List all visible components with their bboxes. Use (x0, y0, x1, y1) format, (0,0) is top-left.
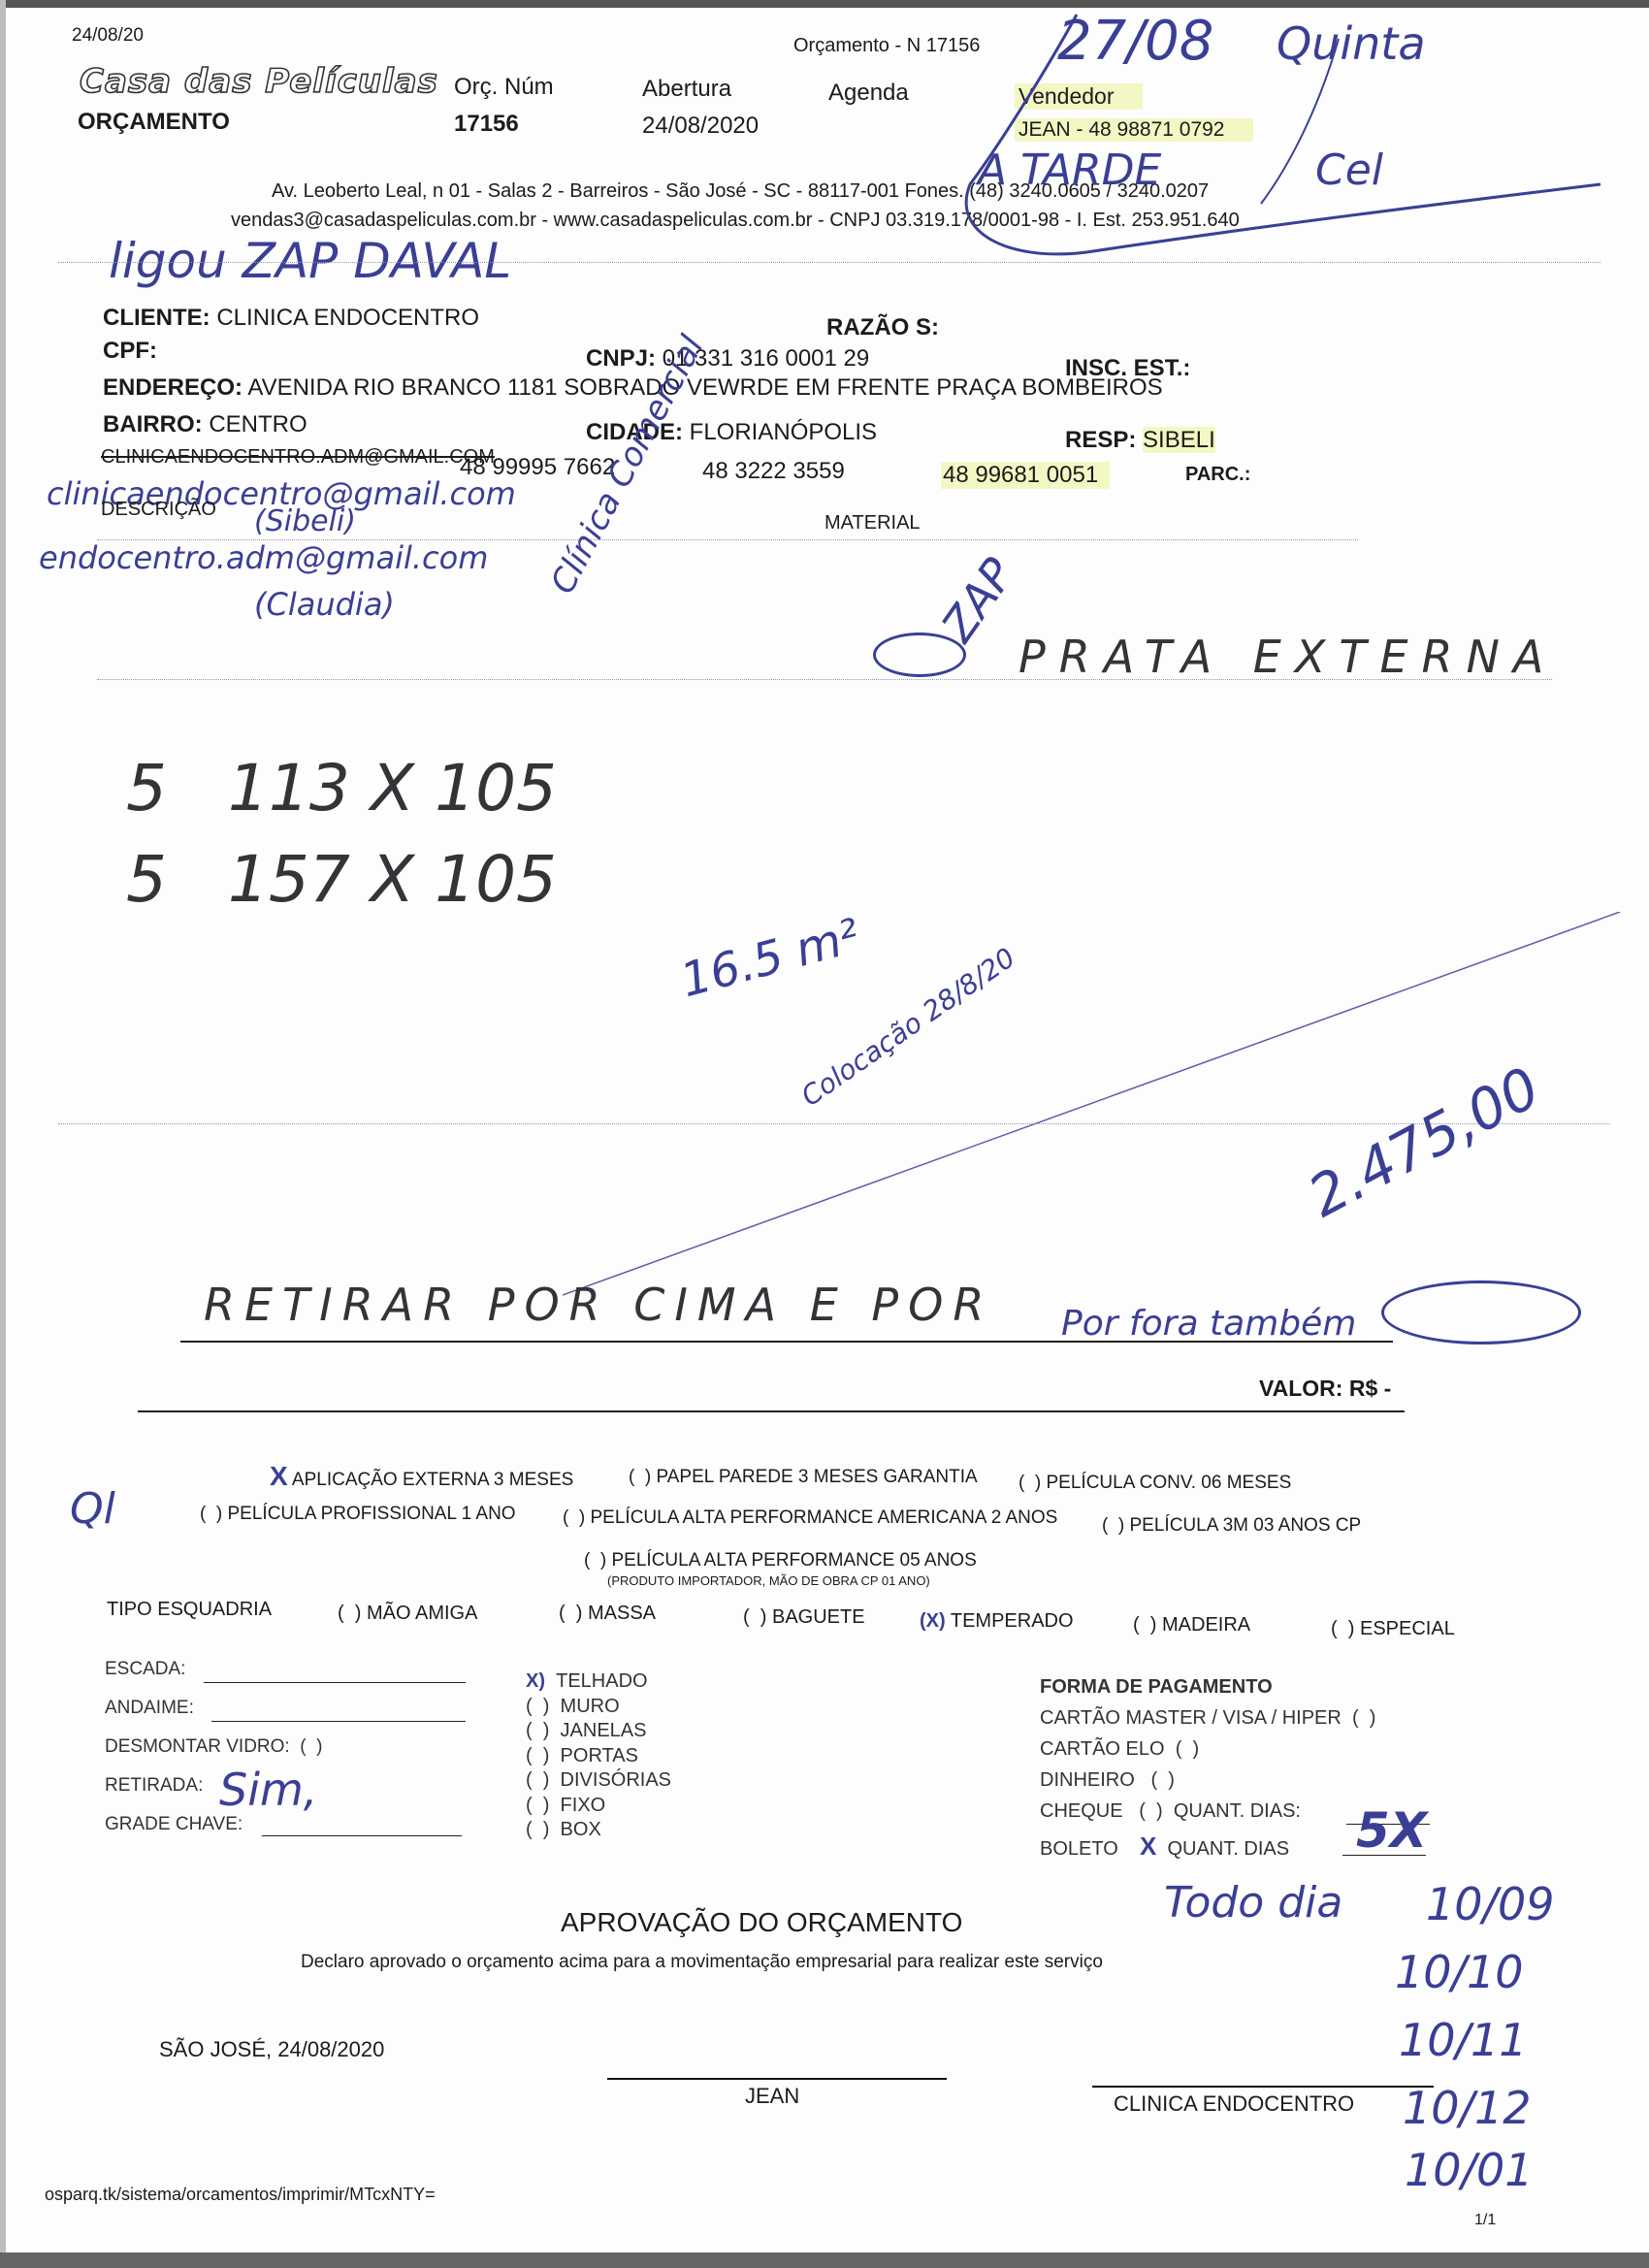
checkbox-close: ) (1192, 1738, 1199, 1760)
item-line (138, 1410, 1405, 1412)
checkbox[interactable]: ( ) (1331, 1618, 1354, 1639)
esquadria-option[interactable]: ( ) MADEIRA (1133, 1614, 1250, 1636)
client-email-struck: CLINICAENDOCENTRO.ADM@GMAIL.COM (101, 446, 495, 469)
hw-email-1-name: (Sibeli) (254, 504, 356, 538)
valor-label: VALOR: R$ - (1259, 1376, 1391, 1402)
checkbox-close: ) (600, 1550, 606, 1571)
hw-retirada-answer: Sim, (219, 1764, 317, 1816)
scan-edge-bottom (0, 2252, 1649, 2268)
location-option-label: JANELAS (549, 1720, 646, 1741)
phone-2: 48 3222 3559 (702, 458, 845, 485)
grade-chave-field[interactable] (262, 1835, 462, 1836)
checkbox[interactable]: ( ) (526, 1819, 549, 1840)
resp-row: RESP: SIBELI (1065, 427, 1215, 454)
hw-boleto-note: Todo dia (1164, 1878, 1342, 1928)
hw-scribble (873, 632, 966, 677)
location-option-label: FIXO (549, 1795, 605, 1816)
checkbox-close: ) (316, 1736, 322, 1757)
endereco-label: ENDEREÇO: (103, 374, 242, 401)
checkbox[interactable]: ( (629, 1467, 634, 1487)
cnpj-row: CNPJ: 01 331 316 0001 29 (586, 345, 869, 373)
checkbox-close: ) (1168, 1769, 1175, 1791)
hw-email-2: endocentro.adm@gmail.com (39, 539, 488, 576)
esquadria-option[interactable]: ( ) BAGUETE (743, 1606, 865, 1629)
approval-place-date: SÃO JOSÉ, 24/08/2020 (159, 2037, 384, 2062)
checkbox-close: ) (1370, 1707, 1376, 1729)
hw-installment-date: 10/01 (1405, 2144, 1534, 2196)
cliente-value: CLINICA ENDOCENTRO (216, 305, 479, 331)
checkbox-checked[interactable]: (X) (920, 1610, 946, 1632)
esquadria-option-label: TEMPERADO (946, 1610, 1074, 1632)
hw-boleto-installments: 5X (1356, 1802, 1427, 1859)
hw-material: PRATA EXTERNA (1018, 631, 1557, 683)
andaime-label: ANDAIME: (105, 1698, 194, 1719)
scan-edge-top (0, 0, 1649, 8)
option-aplicacao-externa[interactable]: X APLICAÇÃO EXTERNA 3 MESES (270, 1461, 573, 1492)
checkbox[interactable]: ( (584, 1550, 590, 1571)
payment-label: CARTÃO ELO (1040, 1738, 1165, 1760)
resp-label: RESP: (1065, 427, 1136, 453)
endereco-value: AVENIDA RIO BRANCO 1181 SOBRADO VEWRDE E… (247, 374, 1162, 401)
page-number: 1/1 (1474, 2212, 1496, 2229)
hw-instruction: RETIRAR POR CIMA E POR (204, 1279, 993, 1331)
checkbox[interactable]: ( ) (338, 1603, 361, 1624)
option-pelicula-3m[interactable]: ( ) PELÍCULA 3M 03 ANOS CP (1102, 1515, 1361, 1537)
checkbox-checked[interactable]: X (1140, 1831, 1156, 1861)
checkbox[interactable]: ( ) (526, 1795, 549, 1816)
option-alta-performance-05[interactable]: ( ) PELÍCULA ALTA PERFORMANCE 05 ANOS (584, 1550, 977, 1571)
signature-client-name: CLINICA ENDOCENTRO (1114, 2091, 1354, 2117)
bairro-row: BAIRRO: CENTRO (103, 411, 307, 438)
orc-num-value: 17156 (454, 111, 519, 138)
checkbox[interactable]: ( ) (526, 1696, 549, 1717)
signature-line-seller[interactable] (607, 2078, 947, 2080)
payment-cartao[interactable]: CARTÃO MASTER / VISA / HIPER ( ) (1040, 1707, 1375, 1730)
hw-left-mark: Ql (70, 1484, 115, 1534)
esquadria-option[interactable]: ( ) MASSA (559, 1603, 656, 1625)
checkbox-close: ) (216, 1504, 222, 1524)
hw-installment-date: 10/11 (1399, 2014, 1528, 2066)
quant-dias-label: QUANT. DIAS (1167, 1838, 1289, 1860)
descricao-label: DESCRIÇÃO (101, 499, 216, 521)
esquadria-option-label: BAGUETE (766, 1606, 864, 1628)
checkbox[interactable]: ( ) (559, 1603, 582, 1624)
option-alta-performance-americana[interactable]: ( ) PELÍCULA ALTA PERFORMANCE AMERICANA … (563, 1507, 1057, 1529)
option-label: PELÍCULA CONV. 06 MESES (1047, 1473, 1292, 1493)
checkbox[interactable]: ( (1102, 1515, 1108, 1536)
hw-installment-date: 10/12 (1403, 2082, 1532, 2134)
approval-title: APROVAÇÃO DO ORÇAMENTO (561, 1907, 962, 1938)
cidade-value: FLORIANÓPOLIS (690, 419, 877, 445)
location-option-label: BOX (549, 1819, 600, 1840)
abertura-value: 24/08/2020 (642, 113, 759, 140)
location-option[interactable]: ( ) JANELAS (526, 1720, 646, 1742)
orc-num-label: Orç. Núm (454, 74, 554, 101)
option-label: PELÍCULA 3M 03 ANOS CP (1130, 1515, 1362, 1536)
company-logo: Casa das Películas (80, 62, 438, 101)
checkbox[interactable]: ( (1139, 1800, 1146, 1822)
esquadria-option[interactable]: ( ) MÃO AMIGA (338, 1603, 477, 1625)
payment-elo[interactable]: CARTÃO ELO ( ) (1040, 1738, 1199, 1761)
cpf-label: CPF: (103, 338, 157, 365)
location-option[interactable]: ( ) FIXO (526, 1795, 605, 1817)
option-label: APLICAÇÃO EXTERNA 3 MESES (292, 1470, 573, 1490)
hw-contact-note: ligou ZAP DAVAL (109, 233, 511, 289)
checkbox[interactable]: ( (200, 1504, 206, 1524)
payment-boleto[interactable]: BOLETO X QUANT. DIAS (1040, 1831, 1289, 1862)
option-pelicula-conv[interactable]: ( ) PELÍCULA CONV. 06 MESES (1018, 1473, 1291, 1494)
item-line (180, 1341, 1393, 1343)
esquadria-label: TIPO ESQUADRIA (107, 1599, 272, 1621)
checkbox-close: ) (1035, 1473, 1041, 1493)
checkbox-close: ) (645, 1467, 651, 1487)
checkbox[interactable]: ( (563, 1507, 568, 1528)
resp-value: SIBELI (1143, 427, 1215, 453)
location-option[interactable]: ( ) PORTAS (526, 1745, 638, 1767)
material-label: MATERIAL (824, 512, 921, 535)
payment-dinheiro[interactable]: DINHEIRO ( ) (1040, 1769, 1175, 1792)
payment-label: DINHEIRO (1040, 1769, 1135, 1791)
checkbox[interactable]: ( (1018, 1473, 1024, 1493)
grade-chave-label: GRADE CHAVE: (105, 1814, 242, 1835)
location-option[interactable]: X) TELHADO (526, 1670, 648, 1693)
approval-declaration: Declaro aprovado o orçamento acima para … (301, 1952, 1103, 1973)
desmontar-label: DESMONTAR VIDRO: (105, 1736, 290, 1757)
esquadria-option-label: ESPECIAL (1354, 1618, 1454, 1639)
desmontar-row: DESMONTAR VIDRO: ( ) (105, 1736, 323, 1758)
scan-edge-left (0, 0, 6, 2268)
signature-line-client[interactable] (1092, 2086, 1434, 2088)
payment-title: FORMA DE PAGAMENTO (1040, 1676, 1273, 1699)
option-pelicula-profissional[interactable]: ( ) PELÍCULA PROFISSIONAL 1 ANO (200, 1504, 516, 1525)
location-option-label: DIVISÓRIAS (549, 1769, 671, 1791)
checkbox-checked[interactable]: X (270, 1461, 288, 1491)
cnpj-label: CNPJ: (586, 345, 656, 372)
hw-measure-1: 5 113 X 105 (126, 751, 557, 826)
checkbox[interactable]: ( ) (1133, 1614, 1156, 1636)
location-option[interactable]: ( ) BOX (526, 1819, 601, 1841)
checkbox-close: ) (1156, 1800, 1163, 1822)
checkbox[interactable]: ( ) (526, 1720, 549, 1741)
location-option-label: PORTAS (549, 1745, 638, 1766)
cliente-label: CLIENTE: (103, 305, 210, 331)
quant-dias-label: QUANT. DIAS: (1174, 1800, 1301, 1822)
signature-seller-name: JEAN (745, 2084, 799, 2109)
option-label: PELÍCULA ALTA PERFORMANCE 05 ANOS (612, 1550, 977, 1571)
location-option[interactable]: ( ) MURO (526, 1696, 620, 1718)
hw-circle-annotation (931, 10, 1610, 272)
checkbox[interactable]: ( ) (743, 1606, 766, 1628)
parc-label: PARC.: (1185, 464, 1250, 486)
separator (58, 262, 1600, 263)
checkbox[interactable]: ( ) (526, 1769, 549, 1791)
bairro-value: CENTRO (209, 411, 307, 437)
abertura-label: Abertura (642, 76, 731, 103)
payment-cheque[interactable]: CHEQUE ( ) QUANT. DIAS: (1040, 1800, 1301, 1823)
agenda-label: Agenda (828, 80, 909, 107)
checkbox-close: ) (579, 1507, 585, 1528)
phone-3: 48 99681 0051 (941, 462, 1110, 489)
retirada-label: RETIRADA: (105, 1775, 203, 1797)
location-option-label: TELHADO (545, 1670, 648, 1692)
esquadria-option-label: MADEIRA (1156, 1614, 1250, 1636)
hw-email-2-name: (Claudia) (254, 586, 395, 623)
hw-measure-2: 5 157 X 105 (126, 842, 557, 917)
desmontar-checkbox[interactable]: ( (300, 1736, 306, 1757)
print-date: 24/08/20 (72, 25, 144, 47)
payment-label: CHEQUE (1040, 1800, 1123, 1822)
doc-type: ORÇAMENTO (78, 109, 230, 136)
separator (97, 679, 1552, 680)
escada-label: ESCADA: (105, 1659, 185, 1680)
footer-url[interactable]: osparq.tk/sistema/orcamentos/imprimir/MT… (45, 2185, 436, 2205)
option-label: PELÍCULA ALTA PERFORMANCE AMERICANA 2 AN… (591, 1507, 1058, 1528)
location-option-label: MURO (549, 1696, 619, 1717)
esquadria-option-label: MASSA (582, 1603, 656, 1624)
checkbox[interactable]: ( (1150, 1769, 1157, 1791)
separator (58, 1123, 1610, 1124)
location-option[interactable]: ( ) DIVISÓRIAS (526, 1769, 671, 1792)
escada-field[interactable] (204, 1682, 466, 1683)
hw-total-scribble (1381, 1280, 1581, 1345)
client-name-row: CLIENTE: CLINICA ENDOCENTRO (103, 305, 479, 332)
checkbox-close: ) (1118, 1515, 1124, 1536)
esquadria-option[interactable]: ( ) ESPECIAL (1331, 1618, 1455, 1640)
checkbox-checked[interactable]: X) (526, 1670, 545, 1692)
esquadria-option-label: MÃO AMIGA (361, 1603, 477, 1624)
endereco-row: ENDEREÇO: AVENIDA RIO BRANCO 1181 SOBRAD… (103, 374, 1163, 402)
checkbox[interactable]: ( (1176, 1738, 1182, 1760)
option-note: (PRODUTO IMPORTADOR, MÃO DE OBRA CP 01 A… (607, 1573, 930, 1588)
hw-installment-date: 10/09 (1426, 1878, 1555, 1930)
hw-instruction-extra: Por fora também (1061, 1304, 1356, 1344)
option-papel-parede[interactable]: ( ) PAPEL PAREDE 3 MESES GARANTIA (629, 1467, 978, 1488)
option-label: PAPEL PAREDE 3 MESES GARANTIA (657, 1467, 978, 1487)
payment-label: BOLETO (1040, 1838, 1118, 1860)
checkbox[interactable]: ( (1352, 1707, 1359, 1729)
razao-label: RAZÃO S: (826, 314, 939, 341)
hw-installment-date: 10/10 (1395, 1946, 1524, 1998)
andaime-field[interactable] (211, 1721, 466, 1722)
esquadria-option[interactable]: (X) TEMPERADO (920, 1610, 1074, 1633)
checkbox[interactable]: ( ) (526, 1745, 549, 1766)
payment-label: CARTÃO MASTER / VISA / HIPER (1040, 1707, 1342, 1729)
option-label: PELÍCULA PROFISSIONAL 1 ANO (228, 1504, 516, 1524)
bairro-label: BAIRRO: (103, 411, 203, 437)
